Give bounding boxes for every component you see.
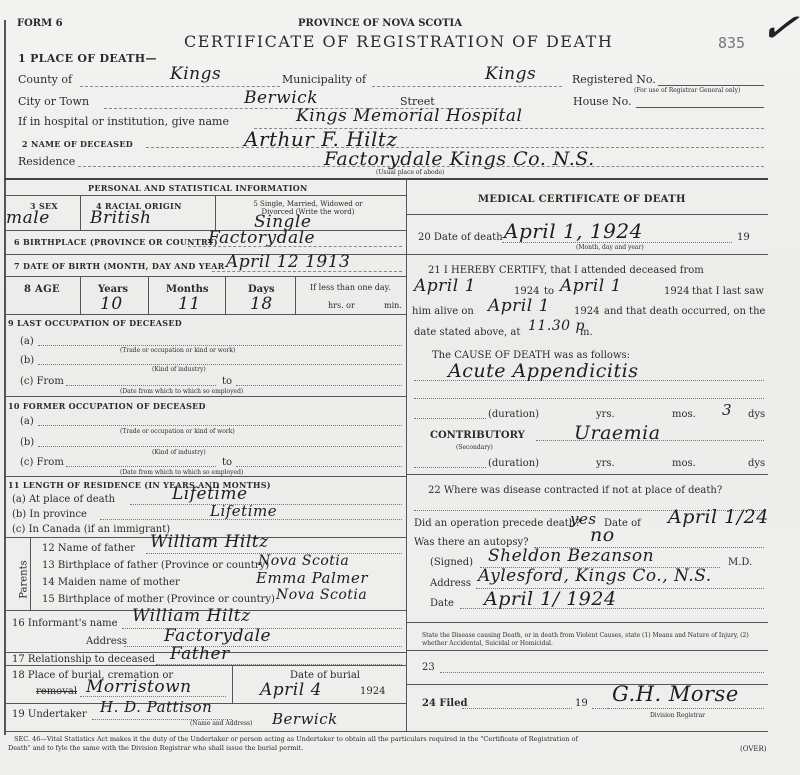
cause-duration-label: (duration): [488, 409, 539, 420]
former-occ-b-label: (b): [20, 437, 34, 448]
contrib-yrs-label: yrs.: [596, 458, 615, 469]
death-time-value: 11.30 p: [528, 318, 585, 334]
secondary-label: (Secondary): [456, 444, 493, 451]
mother-birthplace-label: 15 Birthplace of mother (Province or cou…: [42, 594, 275, 605]
physician-address-label: Address: [430, 578, 471, 589]
deceased-name-label: 2 NAME OF DECEASED: [22, 139, 133, 149]
alive-on-label: him alive on: [412, 306, 474, 317]
less-than-day-label: If less than one day.: [310, 283, 391, 292]
relationship-label: 17 Relationship to deceased: [12, 654, 155, 665]
contrib-dys-label: dys: [748, 458, 765, 469]
column-divider: [406, 178, 407, 731]
father-name-label: 12 Name of father: [42, 543, 135, 554]
municipality-value: Kings: [485, 64, 536, 84]
filed-year-label: 19: [575, 698, 588, 709]
medical-heading: MEDICAL CERTIFICATE OF DEATH: [478, 194, 686, 205]
removal-label: removal: [36, 686, 77, 697]
city-label: City or Town: [18, 95, 89, 108]
last-occ-a-note: (Trade or occupation or kind or work): [120, 347, 235, 354]
place-of-death-label: 1 PLACE OF DEATH—: [18, 52, 157, 65]
last-occ-c-note: (Date from which to which so employed): [120, 388, 243, 395]
registrar-signature: G.H. Morse: [612, 682, 739, 706]
county-label: County of: [18, 73, 72, 86]
last-occupation-heading: 9 LAST OCCUPATION OF DECEASED: [8, 318, 182, 328]
cause-mos-label: mos.: [672, 409, 696, 420]
certify-text: 21 I HEREBY CERTIFY, that I attended dec…: [428, 265, 704, 276]
father-birthplace-value: Nova Scotia: [258, 553, 349, 569]
mother-name-label: 14 Maiden name of mother: [42, 577, 180, 588]
residence-c-label: (c) In Canada (if an immigrant): [12, 524, 170, 535]
house-no-label: House No.: [573, 95, 632, 108]
residence-note: (Usual place of abode): [376, 169, 444, 176]
undertaker-value: H. D. Pattison: [100, 698, 212, 716]
father-birthplace-label: 13 Birthplace of father (Province or cou…: [42, 560, 269, 571]
signed-value: Sheldon Bezanson: [488, 546, 654, 566]
residence-b-value: Lifetime: [210, 502, 277, 520]
alive-on-year: 1924: [574, 306, 599, 317]
hrs-label: hrs. or: [328, 301, 355, 310]
racial-origin-value: British: [90, 208, 152, 228]
death-date-year-suffix: 19: [737, 232, 750, 243]
mother-birthplace-value: Nova Scotia: [276, 587, 367, 603]
cause-yrs-label: yrs.: [596, 409, 615, 420]
former-occ-a-note: (Trade or occupation or kind of work): [120, 428, 235, 435]
former-occ-to-label: to: [222, 457, 232, 468]
death-date-value: April 1, 1924: [504, 219, 643, 243]
former-occupation-heading: 10 FORMER OCCUPATION OF DECEASED: [8, 401, 206, 411]
residence-b-label: (b) In province: [12, 509, 87, 520]
age-days-value: 18: [250, 294, 273, 314]
municipality-label: Municipality of: [282, 73, 366, 86]
cert-date-value: April 1/ 1924: [484, 588, 617, 610]
cause-dys-label: dys: [748, 409, 765, 420]
mother-name-value: Emma Palmer: [256, 569, 368, 587]
death-time-m: m.: [580, 327, 593, 338]
left-border: [4, 20, 6, 735]
age-years-value: 10: [100, 294, 123, 314]
undertaker-label: 19 Undertaker: [12, 709, 87, 720]
informant-address-label: Address: [86, 636, 127, 647]
former-occ-b-note: (Kind of industry): [152, 449, 206, 456]
province-title: PROVINCE OF NOVA SCOTIA: [298, 18, 462, 29]
undertaker-address-value: Berwick: [272, 710, 338, 728]
death-date-label: 20 Date of death: [418, 232, 503, 243]
last-occ-to-label: to: [222, 376, 232, 387]
dob-value: April 12 1913: [226, 252, 350, 272]
sex-value: male: [6, 208, 50, 228]
last-occ-a-label: (a): [20, 336, 34, 347]
burial-date-value: April 4: [260, 680, 322, 700]
former-occ-c-note: (Date from which to which so employed): [120, 469, 243, 476]
attended-to-year: 1924: [664, 286, 689, 297]
informant-address-value: Factorydale: [164, 626, 271, 646]
cause-duration-days: 3: [722, 401, 732, 419]
age-months-value: 11: [178, 294, 201, 314]
death-certificate: FORM 6 PROVINCE OF NOVA SCOTIA CERTIFICA…: [0, 0, 800, 775]
personal-heading: PERSONAL AND STATISTICAL INFORMATION: [88, 183, 308, 193]
footer-sec-46: SEC. 46—Vital Statistics Act makes it th…: [14, 735, 578, 743]
check-mark-icon: ✓: [756, 0, 800, 56]
former-occ-c-label: (c) From: [20, 457, 64, 468]
residence-a-label: (a) At place of death: [12, 494, 115, 505]
form-number: FORM 6: [17, 18, 63, 29]
residence-a-value: Lifetime: [172, 484, 248, 504]
attended-to-value: April 1: [560, 276, 622, 296]
residence-label: Residence: [18, 155, 75, 168]
operation-label: Did an operation precede death?: [414, 518, 581, 529]
burial-year-value: 1924: [360, 686, 385, 697]
alive-on-value: April 1: [488, 296, 550, 316]
last-occ-b-label: (b): [20, 355, 34, 366]
hospital-value: Kings Memorial Hospital: [296, 106, 522, 126]
contrib-duration-label: (duration): [488, 458, 539, 469]
city-value: Berwick: [244, 88, 318, 108]
stamp-number: 835: [718, 34, 745, 52]
registered-no-note: (For use of Registrar General only): [634, 87, 740, 94]
operation-date-value: April 1/24: [668, 506, 769, 528]
last-occ-c-label: (c) From: [20, 376, 64, 387]
cert-date-label: Date: [430, 598, 454, 609]
disease-note: State the Disease causing Death, or in d…: [422, 632, 766, 648]
former-occ-a-label: (a): [20, 416, 34, 427]
birthplace-value: Factorydale: [208, 228, 315, 248]
age-label: 8 AGE: [24, 284, 60, 295]
informant-name-label: 16 Informant's name: [12, 618, 118, 629]
date-stated-label: date stated above, at: [414, 327, 520, 338]
residence-value: Factorydale Kings Co. N.S.: [324, 148, 595, 170]
over-label: (OVER): [740, 745, 767, 753]
physician-address-value: Aylesford, Kings Co., N.S.: [478, 566, 712, 586]
registrar-label: Division Registrar: [650, 712, 705, 719]
undertaker-note: (Name and Address): [190, 720, 252, 727]
relationship-value: Father: [170, 644, 230, 664]
q22-text: 22 Where was disease contracted if not a…: [428, 485, 722, 496]
autopsy-value: no: [590, 524, 615, 546]
filed-label: 24 Filed: [422, 698, 467, 709]
q23-label: 23: [422, 662, 435, 673]
death-date-note: (Month, day and year): [576, 244, 644, 251]
attended-from-value: April 1: [414, 276, 476, 296]
footer-sec-46-continued: Death" and to fyle the same with the Div…: [8, 744, 303, 752]
contrib-mos-label: mos.: [672, 458, 696, 469]
occurred-text: and that death occurred, on the: [604, 306, 765, 317]
contributory-value: Uraemia: [574, 422, 661, 444]
last-occ-b-note: (Kind of industry): [152, 366, 206, 373]
burial-place-value: Morristown: [86, 677, 192, 697]
last-saw-text: that I last saw: [692, 286, 764, 297]
min-label: min.: [384, 301, 402, 310]
father-name-value: William Hiltz: [150, 532, 269, 552]
informant-name-value: William Hiltz: [132, 606, 251, 626]
contributory-label: CONTRIBUTORY: [430, 430, 525, 441]
hospital-label: If in hospital or institution, give name: [18, 115, 229, 128]
dob-label: 7 DATE OF BIRTH (month, day and year: [14, 261, 225, 271]
cause-value: Acute Appendicitis: [448, 360, 638, 382]
signed-label: (Signed): [430, 557, 473, 568]
certificate-title: CERTIFICATE OF REGISTRATION OF DEATH: [184, 32, 613, 51]
county-value: Kings: [170, 64, 221, 84]
registered-no-label: Registered No.: [572, 73, 656, 86]
parents-side-label: Parents: [19, 560, 30, 600]
md-label: M.D.: [728, 557, 752, 568]
